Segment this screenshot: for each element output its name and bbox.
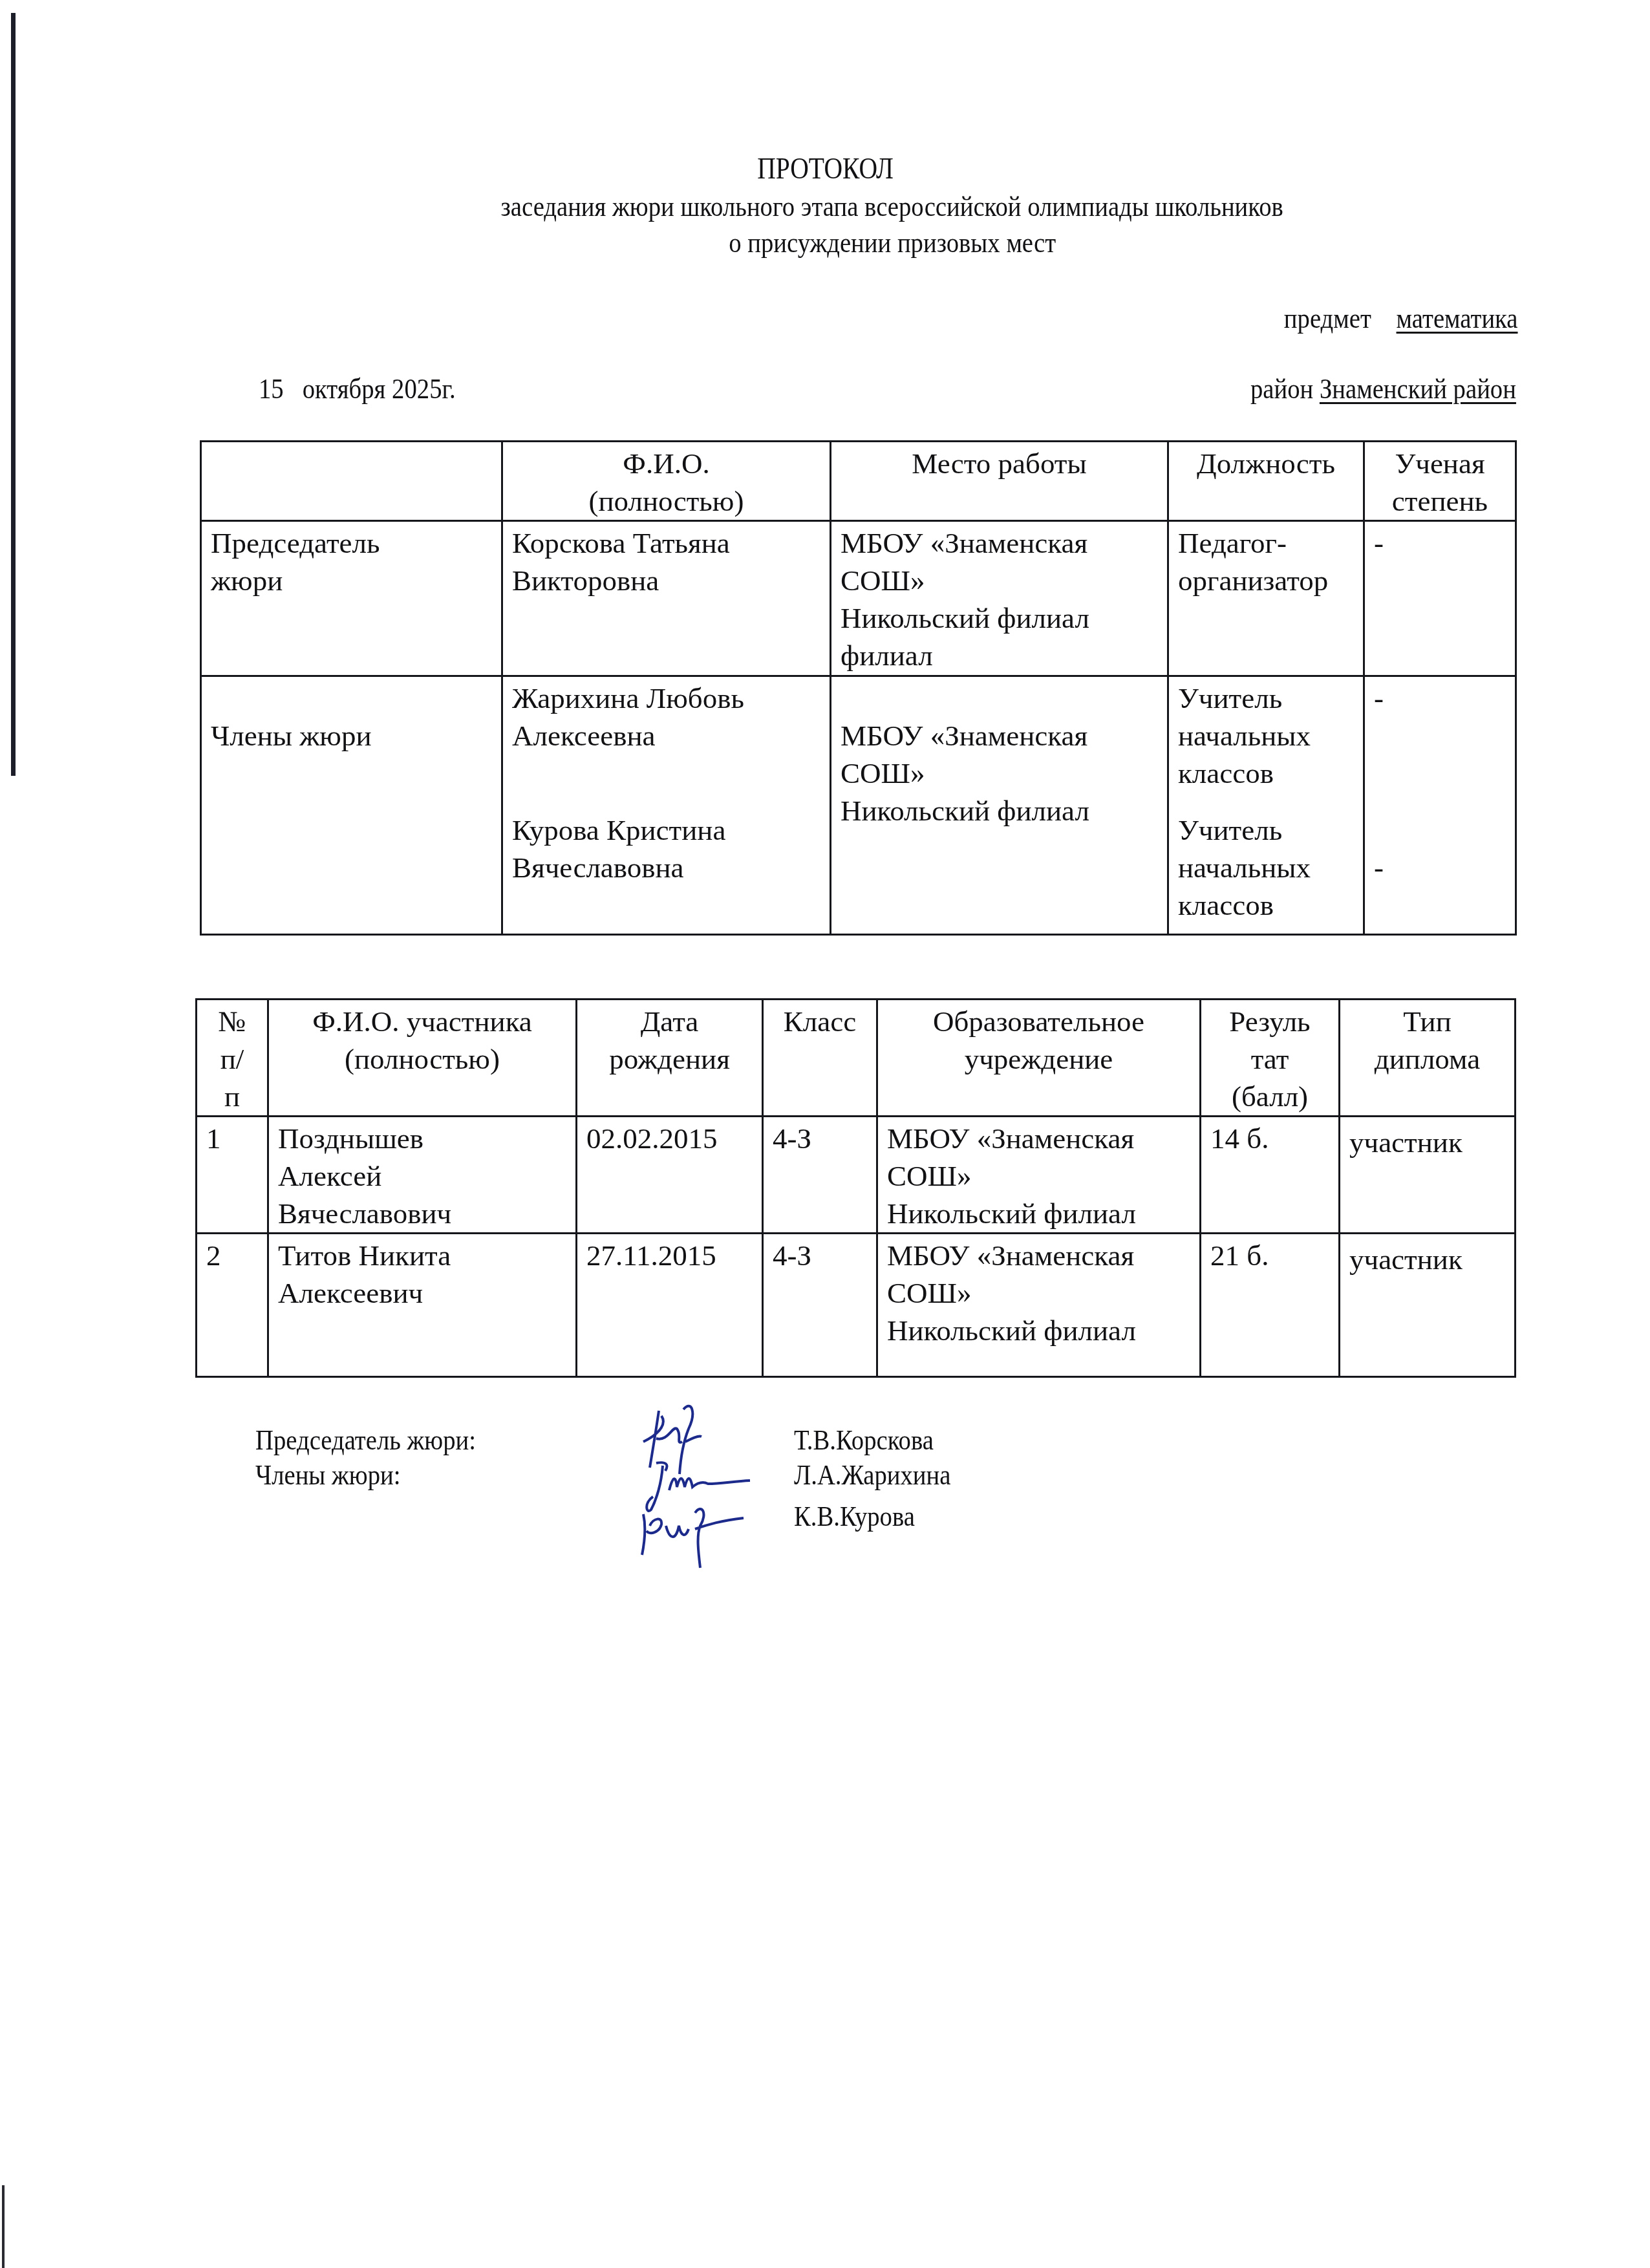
date-day: 15 xyxy=(259,372,284,405)
member-degree: - xyxy=(1374,679,1506,717)
row-score: 21 б. xyxy=(1201,1234,1340,1377)
protocol-date: 15 октября 2025г. xyxy=(259,370,487,407)
header-school: Образовательное учреждение xyxy=(877,1000,1201,1117)
document-title: ПРОТОКОЛ xyxy=(0,150,1650,187)
row-school: МБОУ «Знаменская СОШ» Никольский филиал xyxy=(877,1234,1201,1377)
row-class: 4-З xyxy=(763,1117,877,1234)
member-position: Учитель начальных классов xyxy=(1178,679,1354,792)
row-diploma: участник xyxy=(1340,1234,1516,1377)
header-birth-date: Дата рождения xyxy=(577,1000,763,1117)
row-class: 4-З xyxy=(763,1234,877,1377)
member-name: Жарихина Любовь Алексеевна xyxy=(512,679,820,754)
members-role: Члены жюри xyxy=(201,676,502,935)
chair-workplace: МБОУ «Знаменская СОШ» Никольский филиал … xyxy=(831,521,1168,676)
header-number: № п/ п xyxy=(197,1000,268,1117)
scan-corner-shadow xyxy=(2,2185,5,2268)
district-line: район Знаменский район xyxy=(1207,370,1516,407)
row-name: Титов Никита Алексеевич xyxy=(268,1234,577,1377)
jury-header-workplace: Место работы xyxy=(831,442,1168,521)
member-position: Учитель начальных классов xyxy=(1178,811,1354,924)
row-name: Позднышев Алексей Вячеславович xyxy=(268,1117,577,1234)
subject-label: предмет xyxy=(1283,302,1371,334)
chair-signature-label: Председатель жюри: xyxy=(255,1421,512,1459)
jury-row-chair: Председатель жюри Корскова Татьяна Викто… xyxy=(201,521,1516,676)
chair-role: Председатель жюри xyxy=(201,521,502,676)
jury-table: Ф.И.О. (полностью) Место работы Должност… xyxy=(200,440,1517,936)
members-signature-label: Члены жюри: xyxy=(255,1456,424,1493)
chair-signature-name: Т.В.Корскова xyxy=(794,1421,956,1459)
row-school: МБОУ «Знаменская СОШ» Никольский филиал xyxy=(877,1117,1201,1234)
header-class: Класс xyxy=(763,1000,877,1117)
row-score: 14 б. xyxy=(1201,1117,1340,1234)
members-names: Жарихина Любовь Алексеевна Курова Кристи… xyxy=(502,676,831,935)
district-value: Знаменский район xyxy=(1320,372,1516,405)
jury-table-header: Ф.И.О. (полностью) Место работы Должност… xyxy=(201,442,1516,521)
member2-signature-icon xyxy=(637,1506,760,1571)
jury-header-position: Должность xyxy=(1168,442,1364,521)
row-birth-date: 27.11.2015 xyxy=(577,1234,763,1377)
header-name: Ф.И.О. участника (полностью) xyxy=(268,1000,577,1117)
row-number: 2 xyxy=(197,1234,268,1377)
document-subtitle-line2: о присуждении призовых мест xyxy=(194,224,1591,261)
member-name: Курова Кристина Вячеславовна xyxy=(512,811,820,886)
row-diploma: участник xyxy=(1340,1117,1516,1234)
table-row: 1 Позднышев Алексей Вячеславович 02.02.2… xyxy=(197,1117,1516,1234)
member2-signature-name: К.В.Курова xyxy=(794,1497,934,1535)
subject-line: предмет математика xyxy=(1246,299,1517,337)
document-subtitle-line1: заседания жюри школьного этапа всероссий… xyxy=(194,187,1591,225)
date-month-year: октября 2025г. xyxy=(303,372,456,405)
member-degree: - xyxy=(1374,849,1506,886)
district-label: район xyxy=(1250,372,1313,405)
jury-header-name: Ф.И.О. (полностью) xyxy=(502,442,831,521)
row-number: 1 xyxy=(197,1117,268,1234)
chair-degree: - xyxy=(1364,521,1516,676)
member1-signature-name: Л.А.Жарихина xyxy=(794,1456,976,1493)
header-diploma: Тип диплома xyxy=(1340,1000,1516,1117)
row-birth-date: 02.02.2015 xyxy=(577,1117,763,1234)
subject-value: математика xyxy=(1396,302,1517,334)
chair-position: Педагог- организатор xyxy=(1168,521,1364,676)
members-degrees: - - xyxy=(1364,676,1516,935)
chair-name: Корскова Татьяна Викторовна xyxy=(502,521,831,676)
jury-header-degree: Ученая степень xyxy=(1364,442,1516,521)
participants-table-header: № п/ п Ф.И.О. участника (полностью) Дата… xyxy=(197,1000,1516,1117)
members-workplace: МБОУ «Знаменская СОШ» Никольский филиал xyxy=(831,676,1168,935)
jury-header-role xyxy=(201,442,502,521)
scan-edge-shadow xyxy=(11,13,16,776)
jury-row-members: Члены жюри Жарихина Любовь Алексеевна Ку… xyxy=(201,676,1516,935)
participants-table: № п/ п Ф.И.О. участника (полностью) Дата… xyxy=(195,998,1516,1378)
members-positions: Учитель начальных классов Учитель началь… xyxy=(1168,676,1364,935)
header-score: Резуль тат (балл) xyxy=(1201,1000,1340,1117)
table-row: 2 Титов Никита Алексеевич 27.11.2015 4-З… xyxy=(197,1234,1516,1377)
